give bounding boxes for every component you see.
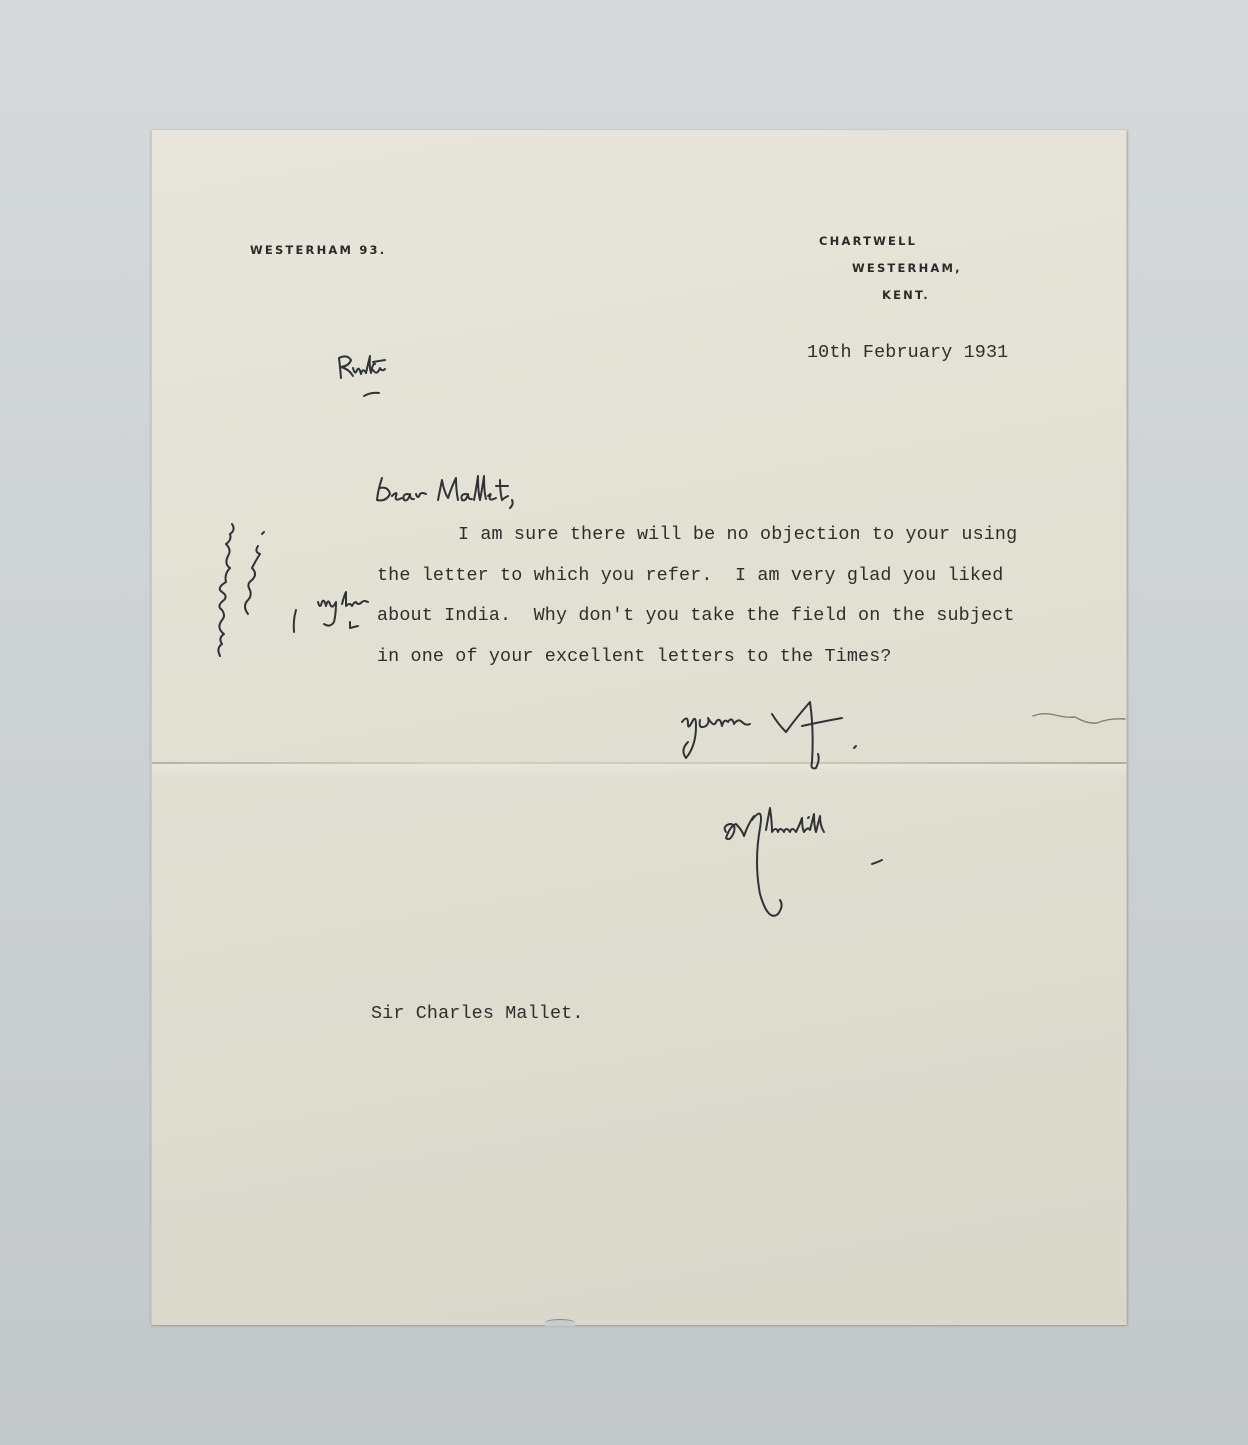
letterhead-address-line-1: CHARTWELL [819,234,917,248]
letterhead-address-line-3: KENT. [882,288,930,302]
body-line-1: I am sure there will be no objection to … [458,524,1017,545]
recipient-name: Sir Charles Mallet. [371,1003,584,1024]
fold-shade [152,764,1126,778]
letter-date: 10th February 1931 [807,342,1008,363]
body-line-2: the letter to which you refer. I am very… [377,565,1003,586]
handwriting-insert-icon [284,588,374,648]
letter-paper: WESTERHAM 93. CHARTWELL WESTERHAM, KENT.… [151,130,1127,1325]
handwriting-closing-icon [674,700,944,800]
paper-tear [1031,708,1126,738]
body-line-4: in one of your excellent letters to the … [377,646,892,667]
paper-edge-notch [545,1319,575,1326]
letterhead-address-line-2: WESTERHAM, [852,261,962,275]
handwriting-private-icon [335,352,415,402]
handwriting-margin-note-icon [202,488,272,658]
handwriting-signature-icon [720,802,960,932]
letterhead-telephone: WESTERHAM 93. [250,243,386,257]
body-line-3: about India. Why don't you take the fiel… [377,605,1015,626]
handwriting-salutation-icon [374,472,534,512]
